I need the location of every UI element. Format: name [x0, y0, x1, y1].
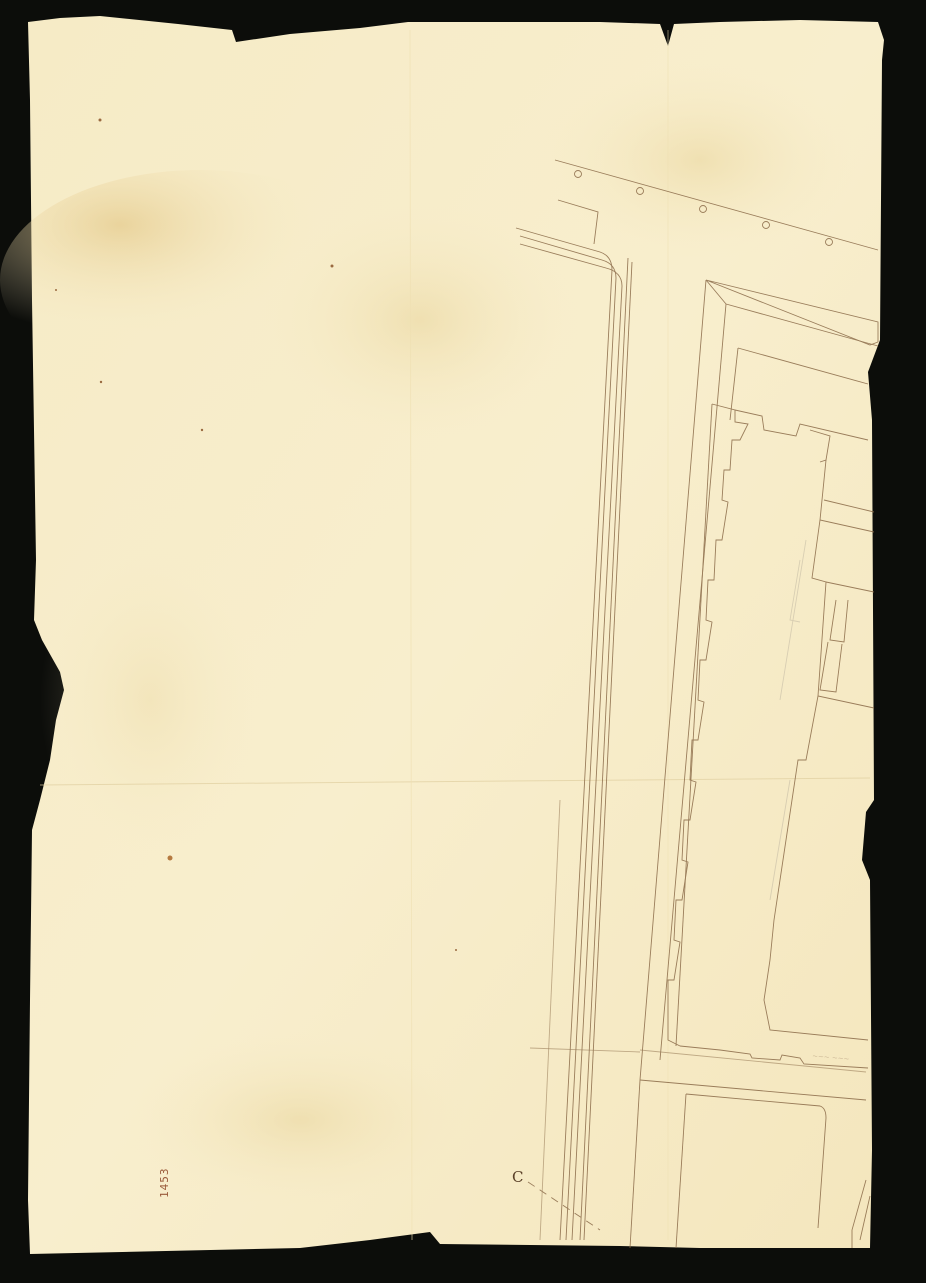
- catalog-number: 1453: [158, 1168, 171, 1199]
- drawing-sheet: ~~~ ~~~: [0, 0, 926, 1283]
- section-marker: C: [512, 1168, 523, 1186]
